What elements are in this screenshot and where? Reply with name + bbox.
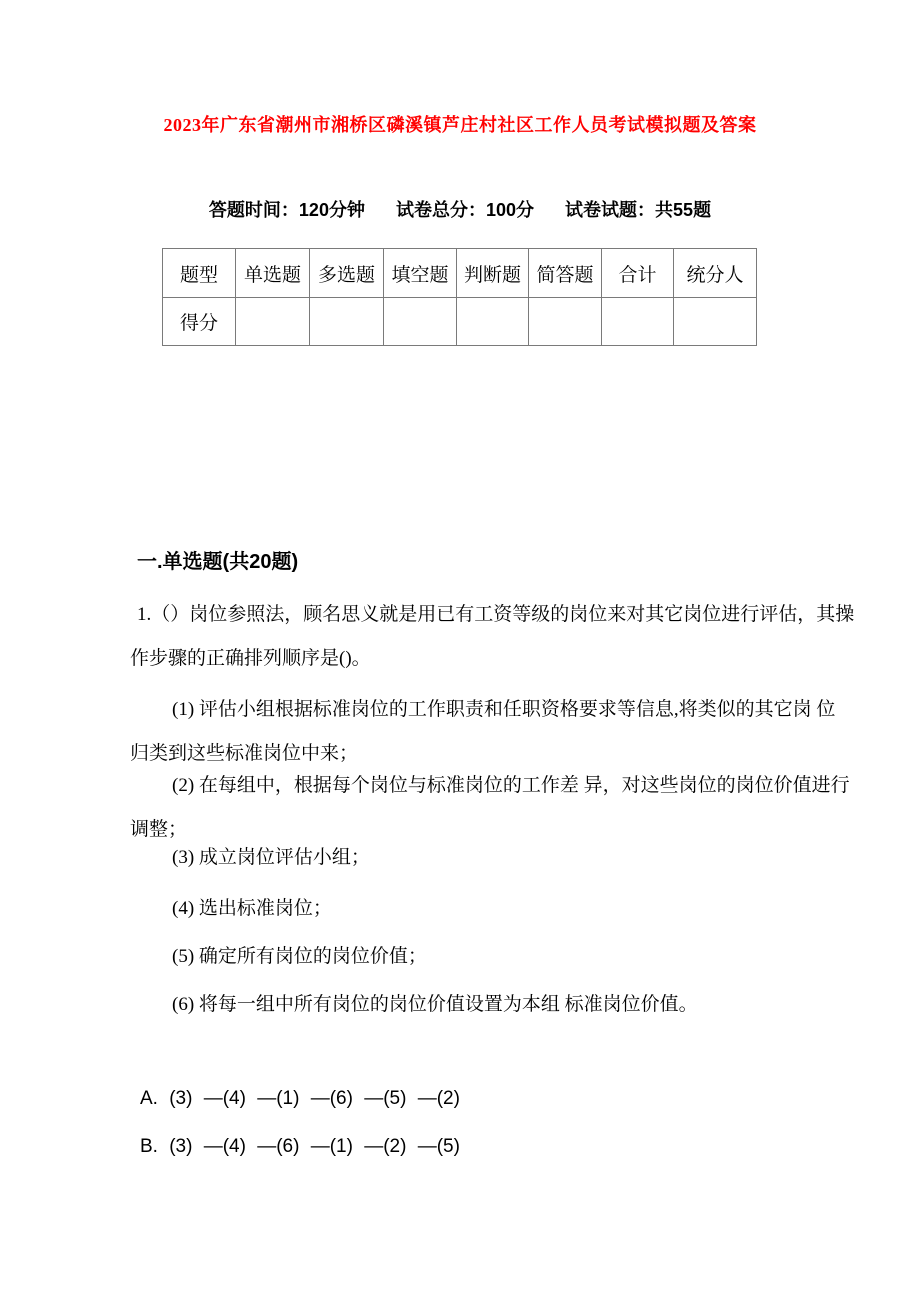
score-table-header-cell: 填空题 bbox=[384, 249, 457, 298]
score-summary-table: 题型单选题多选题填空题判断题简答题合计统分人 得分 bbox=[162, 248, 757, 346]
score-table-score-cell bbox=[236, 298, 310, 346]
exam-info-total-score: 试卷总分：100分 bbox=[396, 200, 534, 220]
exam-info-line: 答题时间：120分钟 试卷总分：100分 试卷试题：共55题 bbox=[0, 197, 920, 223]
text-line: (4) 选出标准岗位； bbox=[130, 887, 872, 931]
text-line: 1.（）岗位参照法，顾名思义就是用已有工资等级的岗位来对其它岗位进行评估，其操 bbox=[130, 593, 872, 637]
exam-info-duration: 答题时间：120分钟 bbox=[209, 200, 365, 220]
score-table-header-cell: 多选题 bbox=[310, 249, 384, 298]
section-heading: 一.单选题(共20题) bbox=[137, 549, 298, 575]
score-table-score-cell bbox=[384, 298, 457, 346]
text-line: (1) 评估小组根据标准岗位的工作职责和任职资格要求等信息,将类似的其它岗 位 bbox=[130, 688, 872, 732]
question-1-option-b: B. (3) —(4) —(6) —(1) —(2) —(5) bbox=[130, 1125, 872, 1169]
question-1-step-1: (1) 评估小组根据标准岗位的工作职责和任职资格要求等信息,将类似的其它岗 位归… bbox=[130, 688, 872, 776]
score-table-header-row: 题型单选题多选题填空题判断题简答题合计统分人 bbox=[163, 249, 757, 298]
score-table-header-cell: 统分人 bbox=[674, 249, 757, 298]
score-table-header-cell: 简答题 bbox=[529, 249, 602, 298]
score-table-score-row: 得分 bbox=[163, 298, 757, 346]
question-1-option-a: A. (3) —(4) —(1) —(6) —(5) —(2) bbox=[130, 1077, 872, 1121]
text-line: (5) 确定所有岗位的岗位价值； bbox=[130, 935, 872, 979]
question-1-step-4: (4) 选出标准岗位； bbox=[130, 887, 872, 931]
text-line: (3) 成立岗位评估小组； bbox=[130, 836, 872, 880]
text-line: (6) 将每一组中所有岗位的岗位价值设置为本组 标准岗位价值。 bbox=[130, 983, 872, 1027]
score-table-header-cell: 单选题 bbox=[236, 249, 310, 298]
score-table-score-cell bbox=[457, 298, 529, 346]
score-table-score-cell: 得分 bbox=[163, 298, 236, 346]
score-table-header-cell: 合计 bbox=[602, 249, 674, 298]
exam-info-question-count: 试卷试题：共55题 bbox=[565, 200, 711, 220]
exam-document-page: 2023年广东省潮州市湘桥区磷溪镇芦庄村社区工作人员考试模拟题及答案 答题时间：… bbox=[0, 0, 920, 1302]
score-table-header-cell: 题型 bbox=[163, 249, 236, 298]
score-table-score-cell bbox=[310, 298, 384, 346]
question-1-step-6: (6) 将每一组中所有岗位的岗位价值设置为本组 标准岗位价值。 bbox=[130, 983, 872, 1027]
score-table-header-cell: 判断题 bbox=[457, 249, 529, 298]
question-1-step-5: (5) 确定所有岗位的岗位价值； bbox=[130, 935, 872, 979]
text-line: (2) 在每组中，根据每个岗位与标准岗位的工作差 异，对这些岗位的岗位价值进行 bbox=[130, 764, 872, 808]
score-table-score-cell bbox=[529, 298, 602, 346]
score-table-score-cell bbox=[674, 298, 757, 346]
document-title: 2023年广东省潮州市湘桥区磷溪镇芦庄村社区工作人员考试模拟题及答案 bbox=[0, 112, 920, 138]
text-line: 作步骤的正确排列顺序是()。 bbox=[130, 637, 872, 681]
question-1-stem: 1.（）岗位参照法，顾名思义就是用已有工资等级的岗位来对其它岗位进行评估，其操作… bbox=[130, 593, 872, 681]
question-1-step-3: (3) 成立岗位评估小组； bbox=[130, 836, 872, 880]
score-table-score-cell bbox=[602, 298, 674, 346]
